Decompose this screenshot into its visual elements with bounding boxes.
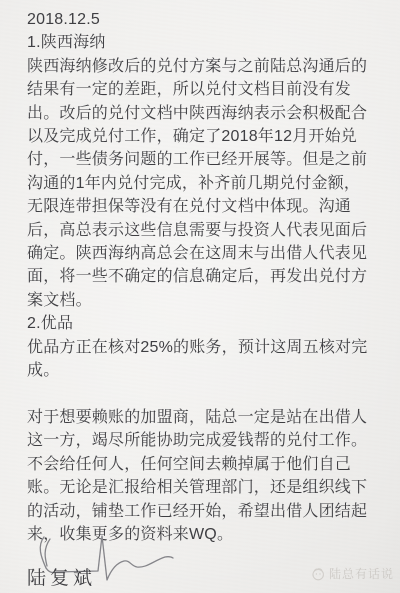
text-line: 的活动，铺垫工作已经开始，希望出借人团结起 xyxy=(27,500,390,523)
text-line xyxy=(27,383,390,406)
text-line: 后，高总表示这些信息需要与投资人代表见面后 xyxy=(27,219,390,242)
text-line: 出。改后的兑付文档中陕西海纳表示会积极配合 xyxy=(27,102,390,125)
text-line: 付，一些债务问题的工作已经开展等。但是之前 xyxy=(27,148,390,171)
text-line: 沟通的1年内兑付完成，补齐前几期兑付金额， xyxy=(27,172,390,195)
text-line: 1.陕西海纳 xyxy=(27,31,390,54)
text-line: 结果有一定的差距，所以兑付文档目前没有发 xyxy=(27,78,390,101)
text-line: 以及完成兑付工作，确定了2018年12月开始兑 xyxy=(27,125,390,148)
text-line: 不会给任何人，任何空间去赖掉属于他们自己 xyxy=(27,453,390,476)
text-line: 确定。陕西海纳高总会在这周末与出借人代表见 xyxy=(27,242,390,265)
memo-text-body: 2018.12.51.陕西海纳陕西海纳修改后的兑付方案与之前陆总沟通后的结果有一… xyxy=(27,8,390,546)
text-line: 案文档。 xyxy=(27,289,390,312)
watermark-label: 陆总有话说 xyxy=(329,565,394,582)
face-logo-icon xyxy=(311,567,325,581)
text-line: 成。 xyxy=(27,359,390,382)
memo-photo: 2018.12.51.陕西海纳陕西海纳修改后的兑付方案与之前陆总沟通后的结果有一… xyxy=(0,0,400,593)
signature-block: 陆复斌 xyxy=(27,563,96,590)
text-line: 2.优品 xyxy=(27,312,390,335)
watermark: 陆总有话说 xyxy=(311,565,394,582)
text-line: 来，收集更多的资料来WQ。 xyxy=(27,523,390,546)
text-line: 陕西海纳修改后的兑付方案与之前陆总沟通后的 xyxy=(27,55,390,78)
text-line: 面，将一些不确定的信息确定后，再发出兑付方 xyxy=(27,265,390,288)
signature-name: 陆复斌 xyxy=(27,568,96,589)
text-line: 2018.12.5 xyxy=(27,8,390,31)
text-line: 对于想要赖账的加盟商，陆总一定是站在出借人 xyxy=(27,406,390,429)
text-line: 账。无论是汇报给相关管理部门，还是组织线下 xyxy=(27,476,390,499)
text-line: 优品方正在核对25%的账务，预计这周五核对完 xyxy=(27,336,390,359)
text-line: 这一方，竭尽所能协助完成爱钱帮的兑付工作。 xyxy=(27,429,390,452)
text-line: 无限连带担保等没有在兑付文档中体现。沟通 xyxy=(27,195,390,218)
